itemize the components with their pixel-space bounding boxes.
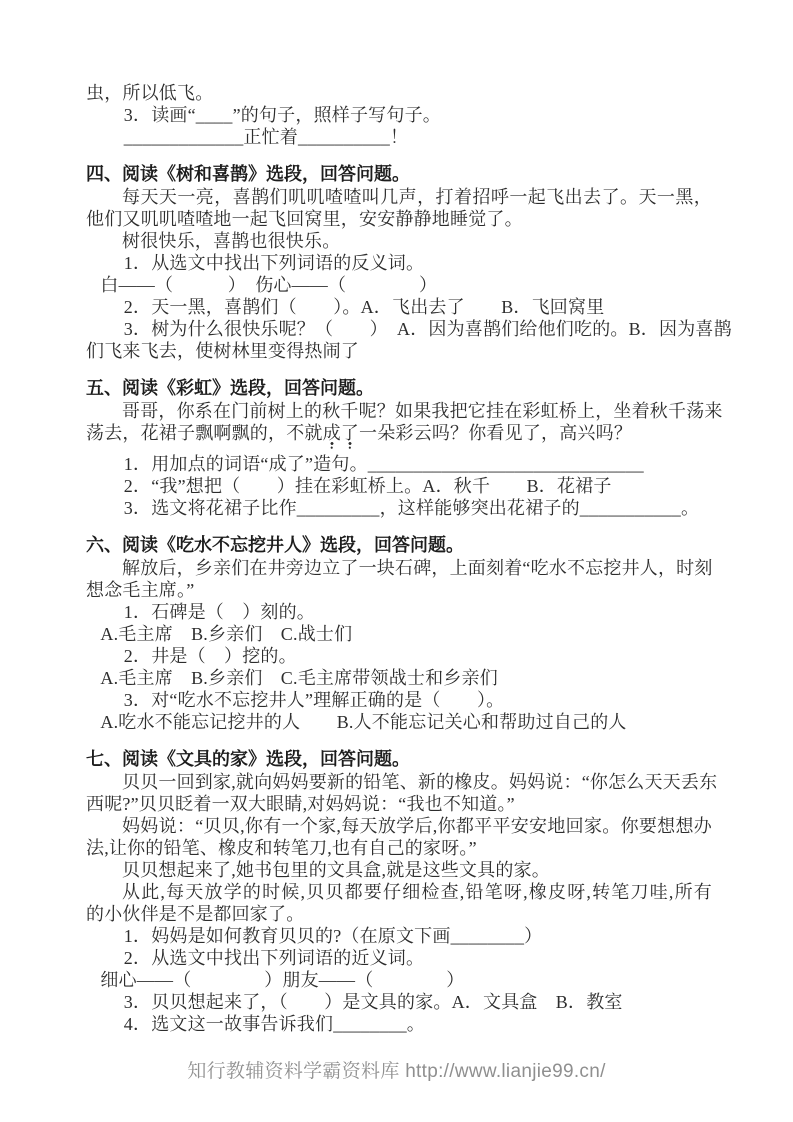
passage-line: 树很快乐，喜鹊也很快乐。	[86, 230, 712, 252]
passage-line: 哥哥，你系在门前树上的秋千呢？如果我把它挂在彩虹桥上，坐着秋千荡来	[86, 400, 712, 422]
footer-watermark: 知行教辅资料学霸资料库 http://www.lianjie99.cn/	[187, 1061, 605, 1082]
section-heading: 五、阅读《彩虹》选段，回答问题。	[86, 376, 712, 400]
option-line: 细心——（ ）朋友——（ ）	[86, 969, 712, 991]
section-previous-question-tail: 虫，所以低飞。3．读画“____”的句子，照样子写句子。____________…	[86, 82, 712, 148]
question-line: 3．对“吃水不忘挖井人”理解正确的是（ ）。	[86, 689, 712, 711]
section-heading: 六、阅读《吃水不忘挖井人》选段，回答问题。	[86, 533, 712, 557]
answer-blank-line: _____________正忙着__________！	[86, 126, 712, 148]
page-footer: 知行教辅资料学霸资料库 http://www.lianjie99.cn/	[0, 1056, 793, 1083]
passage-line: 们飞来飞去，使树林里变得热闹了	[86, 340, 712, 362]
passage-line: 西呢?”贝贝眨着一双大眼睛,对妈妈说：“我也不知道。”	[86, 793, 712, 815]
section-5-rainbow: 五、阅读《彩虹》选段，回答问题。哥哥，你系在门前树上的秋千呢？如果我把它挂在彩虹…	[86, 376, 712, 519]
passage-line: 法,让你的铅笔、橡皮和转笔刀,也有自己的家呀。”	[86, 837, 712, 859]
passage-line: 荡去，花裙子飘啊飘的，不就成了一朵彩云吗？你看见了，高兴吗？	[86, 422, 712, 453]
question-line: 3．树为什么很快乐呢？（ ） A．因为喜鹊们给他们吃的。B．因为喜鹊	[86, 318, 712, 340]
question-line: 3．选文将花裙子比作_________，这样能够突出花裙子的__________…	[86, 497, 712, 519]
passage-line: 贝贝想起来了,她书包里的文具盒,就是这些文具的家。	[86, 859, 712, 881]
question-line: 3．读画“____”的句子，照样子写句子。	[86, 104, 712, 126]
option-line: 白——（ ） 伤心——（ ）	[86, 274, 712, 296]
passage-line: 的小伙伴是不是都回家了。	[86, 903, 712, 925]
passage-line: 想念毛主席。”	[86, 579, 712, 601]
option-line: A.毛主席 B.乡亲们 C.毛主席带领战士和乡亲们	[86, 667, 712, 689]
dotted-emphasis-word: 成了	[323, 423, 359, 446]
passage-line: 他们又叽叽喳喳地一起飞回窝里，安安静静地睡觉了。	[86, 208, 712, 230]
question-line: 1．石碑是（ ）刻的。	[86, 601, 712, 623]
passage-line: 妈妈说：“贝贝,你有一个家,每天放学后,你都平平安安地回家。你要想想办	[86, 815, 712, 837]
question-line: 3．贝贝想起来了，（ ）是文具的家。A．文具盒 B．教室	[86, 991, 712, 1013]
question-line: 2．“我”想把（ ）挂在彩虹桥上。A．秋千 B．花裙子	[86, 475, 712, 497]
question-line: 1．从选文中找出下列词语的反义词。	[86, 252, 712, 274]
section-6-well-diggers: 六、阅读《吃水不忘挖井人》选段，回答问题。解放后，乡亲们在井旁边立了一块石碑，上…	[86, 533, 712, 733]
passage-line: 虫，所以低飞。	[86, 82, 712, 104]
section-7-stationery-home: 七、阅读《文具的家》选段，回答问题。贝贝一回到家,就向妈妈要新的铅笔、新的橡皮。…	[86, 747, 712, 1035]
question-line: 4．选文这一故事告诉我们________。	[86, 1013, 712, 1035]
worksheet-page: 虫，所以低飞。3．读画“____”的句子，照样子写句子。____________…	[0, 0, 793, 1122]
question-line: 2．从选文中找出下列词语的近义词。	[86, 947, 712, 969]
worksheet-content: 虫，所以低飞。3．读画“____”的句子，照样子写句子。____________…	[86, 82, 712, 1035]
section-heading: 四、阅读《树和喜鹊》选段，回答问题。	[86, 162, 712, 186]
question-line: 1．妈妈是如何教育贝贝的?（在原文下画________）	[86, 925, 712, 947]
section-4-tree-and-magpie: 四、阅读《树和喜鹊》选段，回答问题。每天天一亮，喜鹊们叽叽喳喳叫几声，打着招呼一…	[86, 162, 712, 362]
section-heading: 七、阅读《文具的家》选段，回答问题。	[86, 747, 712, 771]
passage-line: 解放后，乡亲们在井旁边立了一块石碑，上面刻着“吃水不忘挖井人，时刻	[86, 557, 712, 579]
question-line: 2．井是（ ）挖的。	[86, 645, 712, 667]
question-line: 1．用加点的词语“成了”造句。_________________________…	[86, 453, 712, 475]
question-line: 2．天一黑，喜鹊们（ ）。A．飞出去了 B．飞回窝里	[86, 296, 712, 318]
passage-line: 每天天一亮，喜鹊们叽叽喳喳叫几声，打着招呼一起飞出去了。天一黑，	[86, 186, 712, 208]
option-line: A.毛主席 B.乡亲们 C.战士们	[86, 623, 712, 645]
passage-line: 贝贝一回到家,就向妈妈要新的铅笔、新的橡皮。妈妈说：“你怎么天天丢东	[86, 771, 712, 793]
option-line: A.吃水不能忘记挖井的人 B.人不能忘记关心和帮助过自己的人	[86, 711, 712, 733]
passage-line: 从此,每天放学的时候,贝贝都要仔细检查,铅笔呀,橡皮呀,转笔刀哇,所有	[86, 881, 712, 903]
